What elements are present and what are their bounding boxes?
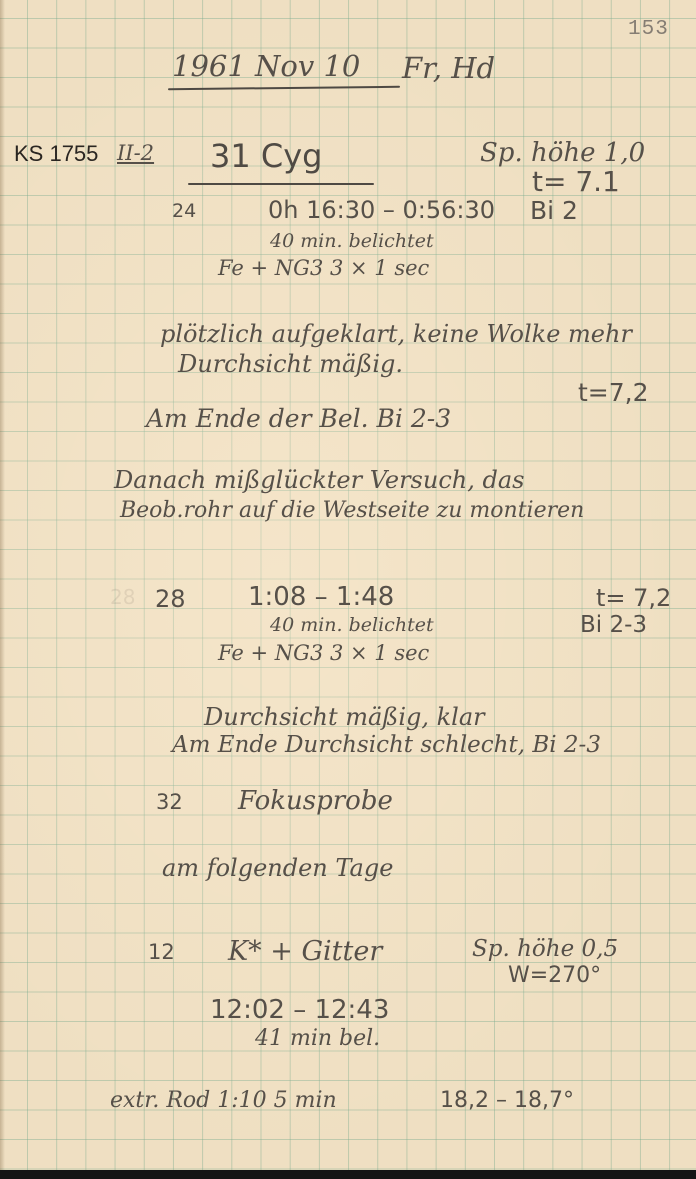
entry-note-1: plötzlich aufgeklart, keine Wolke mehr xyxy=(160,322,632,346)
object-underline xyxy=(188,183,374,185)
footer-range: 18,2 – 18,7° xyxy=(440,1090,574,1112)
entry-comparison: Fe + NG3 3 × 1 sec xyxy=(218,258,429,279)
page-number: 153 xyxy=(628,18,669,41)
entry4-angle: W=270° xyxy=(508,965,601,987)
entry3-number: 32 xyxy=(156,792,183,813)
entry2-note-2: Am Ende Durchsicht schlecht, Bi 2-3 xyxy=(172,734,601,757)
entry2-comparison: Fe + NG3 3 × 1 sec xyxy=(218,643,429,664)
entry3-label: Fokusprobe xyxy=(238,788,393,814)
footer-label: extr. Rod 1:10 5 min xyxy=(110,1090,337,1112)
entry2-number: 28 xyxy=(155,587,186,611)
header-underline xyxy=(168,86,400,90)
scan-edge xyxy=(0,1170,696,1179)
entry4-time: 12:02 – 12:43 xyxy=(210,997,389,1023)
entry-exposure: 40 min. belichtet xyxy=(270,232,434,251)
entry4-number: 12 xyxy=(148,942,175,963)
ghost-number: 28 xyxy=(110,585,135,609)
entry-note-2: Durchsicht mäßig. xyxy=(178,352,403,376)
notebook-page: 153 1961 Nov 10 Fr, Hd KS 1755 II-2 31 C… xyxy=(0,0,696,1170)
plate-temperature: t= 7.1 xyxy=(532,168,620,196)
entry2-seeing: Bi 2-3 xyxy=(580,614,647,637)
entry2-note-1: Durchsicht mäßig, klar xyxy=(204,705,485,729)
entry4-slit-height: Sp. höhe 0,5 xyxy=(472,938,618,961)
header-suffix: Fr, Hd xyxy=(402,54,495,83)
entry4-exposure: 41 min bel. xyxy=(255,1028,380,1050)
entry4-label: K* + Gitter xyxy=(228,938,382,965)
header-date: 1961 Nov 10 xyxy=(172,52,360,81)
entry-seeing: Bi 2 xyxy=(530,198,578,223)
entry-temperature: t=7,2 xyxy=(578,380,649,405)
slit-height: Sp. höhe 1,0 xyxy=(480,140,645,166)
intermission-line-1: Danach mißglückter Versuch, das xyxy=(114,468,524,492)
entry2-time: 1:08 – 1:48 xyxy=(248,584,394,610)
entry-time: 0h 16:30 – 0:56:30 xyxy=(268,198,495,222)
next-day-note: am folgenden Tage xyxy=(162,856,393,880)
entry2-exposure: 40 min. belichtet xyxy=(270,616,434,635)
object-name: 31 Cyg xyxy=(210,140,322,172)
entry-number: 24 xyxy=(172,202,196,221)
plate-series: II-2 xyxy=(117,143,154,164)
entry2-temperature: t= 7,2 xyxy=(596,586,671,610)
plate-id: KS 1755 xyxy=(14,143,98,165)
intermission-line-2: Beob.rohr auf die Westseite zu montieren xyxy=(120,500,584,522)
entry-end-note: Am Ende der Bel. Bi 2-3 xyxy=(146,406,451,431)
